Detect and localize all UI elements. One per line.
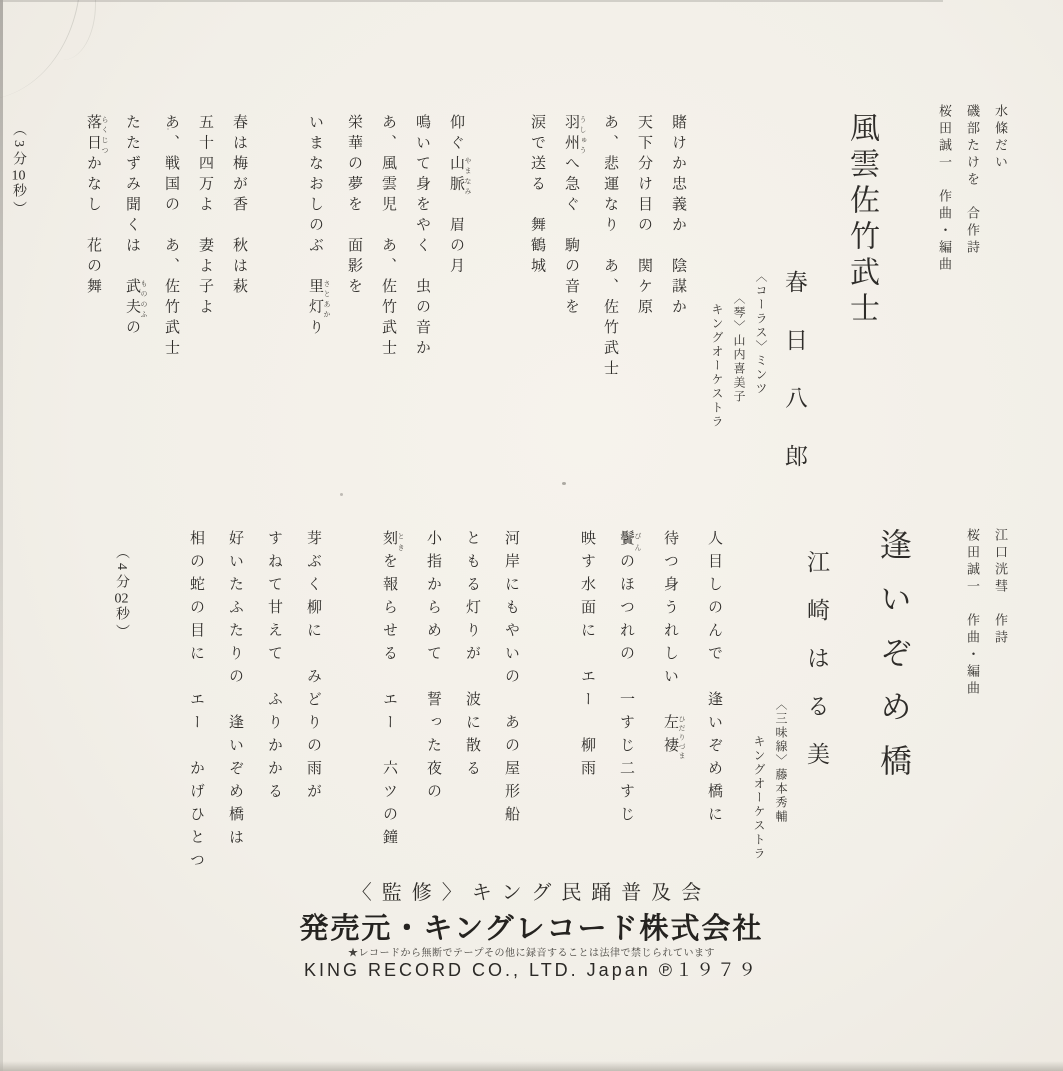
lyric-line: 河岸にもやいの あの屋形船 bbox=[501, 515, 522, 895]
lyric-line: すねて甘えて ふりかかる bbox=[264, 515, 285, 895]
songwriting-credits: 江口洸彗 作詩桜田誠一 作曲・編曲 bbox=[963, 515, 1010, 895]
verse-1: 賭けか忠義か 陰謀か天下分け目の 関ケ原あ、悲運なり あ、佐竹武士羽州うしゅうへ… bbox=[527, 100, 689, 520]
company-name-english: KING RECORD CO., LTD. Japan ℗１９７９ bbox=[0, 956, 1063, 982]
lyric-line: たたずみ聞くは 武夫もののふの bbox=[122, 100, 148, 520]
lyrics: 人目しのんで 逢いぞめ橋に待つ身うれしい 左褄ひだりづま鬢びんのほつれの 一すじ… bbox=[186, 515, 725, 895]
scan-speck bbox=[167, 128, 169, 130]
scan-edge-left bbox=[0, 0, 3, 1071]
lyric-line: あ、戦国の あ、佐竹武士 bbox=[161, 100, 182, 520]
scan-edge-top bbox=[0, 0, 943, 2]
lyric-line: 仰ぐ山脈やまなみ 眉の月 bbox=[446, 100, 472, 520]
accompaniment-line: 〈三味線〉藤本秀輔 bbox=[773, 515, 790, 895]
supervision-credit: 〈監修〉キング民踊普及会 bbox=[0, 876, 1063, 905]
lyric-line: 好いたふたりの 逢いぞめ橋は bbox=[225, 515, 246, 895]
accompaniment-line: キングオーケストラ bbox=[709, 100, 726, 520]
lyrics: 賭けか忠義か 陰謀か天下分け目の 関ケ原あ、悲運なり あ、佐竹武士羽州うしゅうへ… bbox=[83, 100, 689, 520]
verse-2: 仰ぐ山脈やまなみ 眉の月鳴いて身をやく 虫の音かあ、風雲児 あ、佐竹武士栄華の夢… bbox=[305, 100, 472, 520]
verse-2: 河岸にもやいの あの屋形船ともる灯りが 波に散る小指からめて 誓った夜の刻ときを… bbox=[379, 515, 522, 895]
lyric-line: 賭けか忠義か 陰謀か bbox=[668, 100, 689, 520]
lyric-line: 人目しのんで 逢いぞめ橋に bbox=[704, 515, 725, 895]
credit-line: 江口洸彗 作詩 bbox=[991, 515, 1010, 895]
accompaniment-line: キングオーケストラ bbox=[751, 515, 768, 895]
lyric-line: あ、悲運なり あ、佐竹武士 bbox=[600, 100, 621, 520]
lyric-line: ともる灯りが 波に散る bbox=[462, 515, 483, 895]
lyric-line: 鬢びんのほつれの 一すじ二すじ bbox=[616, 515, 642, 895]
accompaniment-credits: 〈三味線〉藤本秀輔キングオーケストラ bbox=[751, 515, 790, 895]
lyric-line: 映す水面に エー 柳雨 bbox=[577, 515, 598, 895]
credit-line: 桜田誠一 作曲・編曲 bbox=[935, 100, 954, 520]
verse-1: 人目しのんで 逢いぞめ橋に待つ身うれしい 左褄ひだりづま鬢びんのほつれの 一すじ… bbox=[577, 515, 725, 895]
lyric-line: 栄華の夢を 面影を bbox=[344, 100, 365, 520]
credit-line: 磯部たけを 合作詩 bbox=[963, 100, 982, 520]
publisher-name: 発売元・キングレコード株式会社 bbox=[0, 906, 1063, 947]
lyric-line: 鳴いて身をやく 虫の音か bbox=[412, 100, 433, 520]
lyric-line: 羽州うしゅうへ急ぐ 駒の音を bbox=[561, 100, 587, 520]
lyric-line: 待つ身うれしい 左褄ひだりづま bbox=[660, 515, 686, 895]
lyric-line: 落日らくじつかなし 花の舞 bbox=[83, 100, 109, 520]
song-section-aizome-bashi: 江口洸彗 作詩桜田誠一 作曲・編曲 逢いぞめ橋 江崎はる美 〈三味線〉藤本秀輔キ… bbox=[120, 515, 1010, 895]
song-title: 風雲佐竹武士 bbox=[839, 100, 883, 520]
credit-line: 桜田誠一 作曲・編曲 bbox=[963, 515, 982, 895]
duration: （4分02秒） bbox=[111, 515, 131, 895]
scan-speck bbox=[562, 482, 566, 485]
lyric-line: いまなおしのぶ 里灯さとあかり bbox=[305, 100, 331, 520]
lyric-line: 小指からめて 誓った夜の bbox=[423, 515, 444, 895]
lyric-line: 涙で送る 舞鶴城 bbox=[527, 100, 548, 520]
verse-3: 春は梅が香 秋は萩五十四万よ 妻よ子よあ、戦国の あ、佐竹武士たたずみ聞くは 武… bbox=[83, 100, 250, 520]
lyric-line: 芽ぶく柳に みどりの雨が bbox=[303, 515, 324, 895]
lyric-line: 相の蛇の目に エー かげひとつ bbox=[186, 515, 207, 895]
lyric-line: 五十四万よ 妻よ子よ bbox=[195, 100, 216, 520]
lyric-line: 刻ときを報らせる エー 六ツの鐘 bbox=[379, 515, 405, 895]
scan-edge-bottom bbox=[0, 1061, 1063, 1071]
paper-crease bbox=[55, 0, 96, 60]
accompaniment-credits: 〈コーラス〉ミンツ〈琴〉山内喜美子キングオーケストラ bbox=[709, 100, 770, 520]
duration: （3分10秒） bbox=[8, 100, 28, 520]
accompaniment-line: 〈コーラス〉ミンツ bbox=[753, 100, 770, 520]
credit-line: 水條だい bbox=[991, 100, 1010, 520]
lyric-line: 春は梅が香 秋は萩 bbox=[229, 100, 250, 520]
song-title: 逢いぞめ橋 bbox=[871, 515, 917, 895]
song-section-fuun-satake-bushi: 水條だい磯部たけを 合作詩桜田誠一 作曲・編曲 風雲佐竹武士 春日八郎 〈コーラ… bbox=[70, 100, 1010, 520]
record-sleeve-back: 水條だい磯部たけを 合作詩桜田誠一 作曲・編曲 風雲佐竹武士 春日八郎 〈コーラ… bbox=[0, 0, 1063, 1071]
scan-speck bbox=[340, 493, 343, 496]
lyric-line: 天下分け目の 関ケ原 bbox=[634, 100, 655, 520]
verse-3: 芽ぶく柳に みどりの雨がすねて甘えて ふりかかる好いたふたりの 逢いぞめ橋は相の… bbox=[186, 515, 324, 895]
songwriting-credits: 水條だい磯部たけを 合作詩桜田誠一 作曲・編曲 bbox=[935, 100, 1010, 520]
artist-name: 江崎はる美 bbox=[800, 515, 833, 895]
lyric-line: あ、風雲児 あ、佐竹武士 bbox=[378, 100, 399, 520]
accompaniment-line: 〈琴〉山内喜美子 bbox=[731, 100, 748, 520]
artist-name: 春日八郎 bbox=[778, 100, 811, 520]
